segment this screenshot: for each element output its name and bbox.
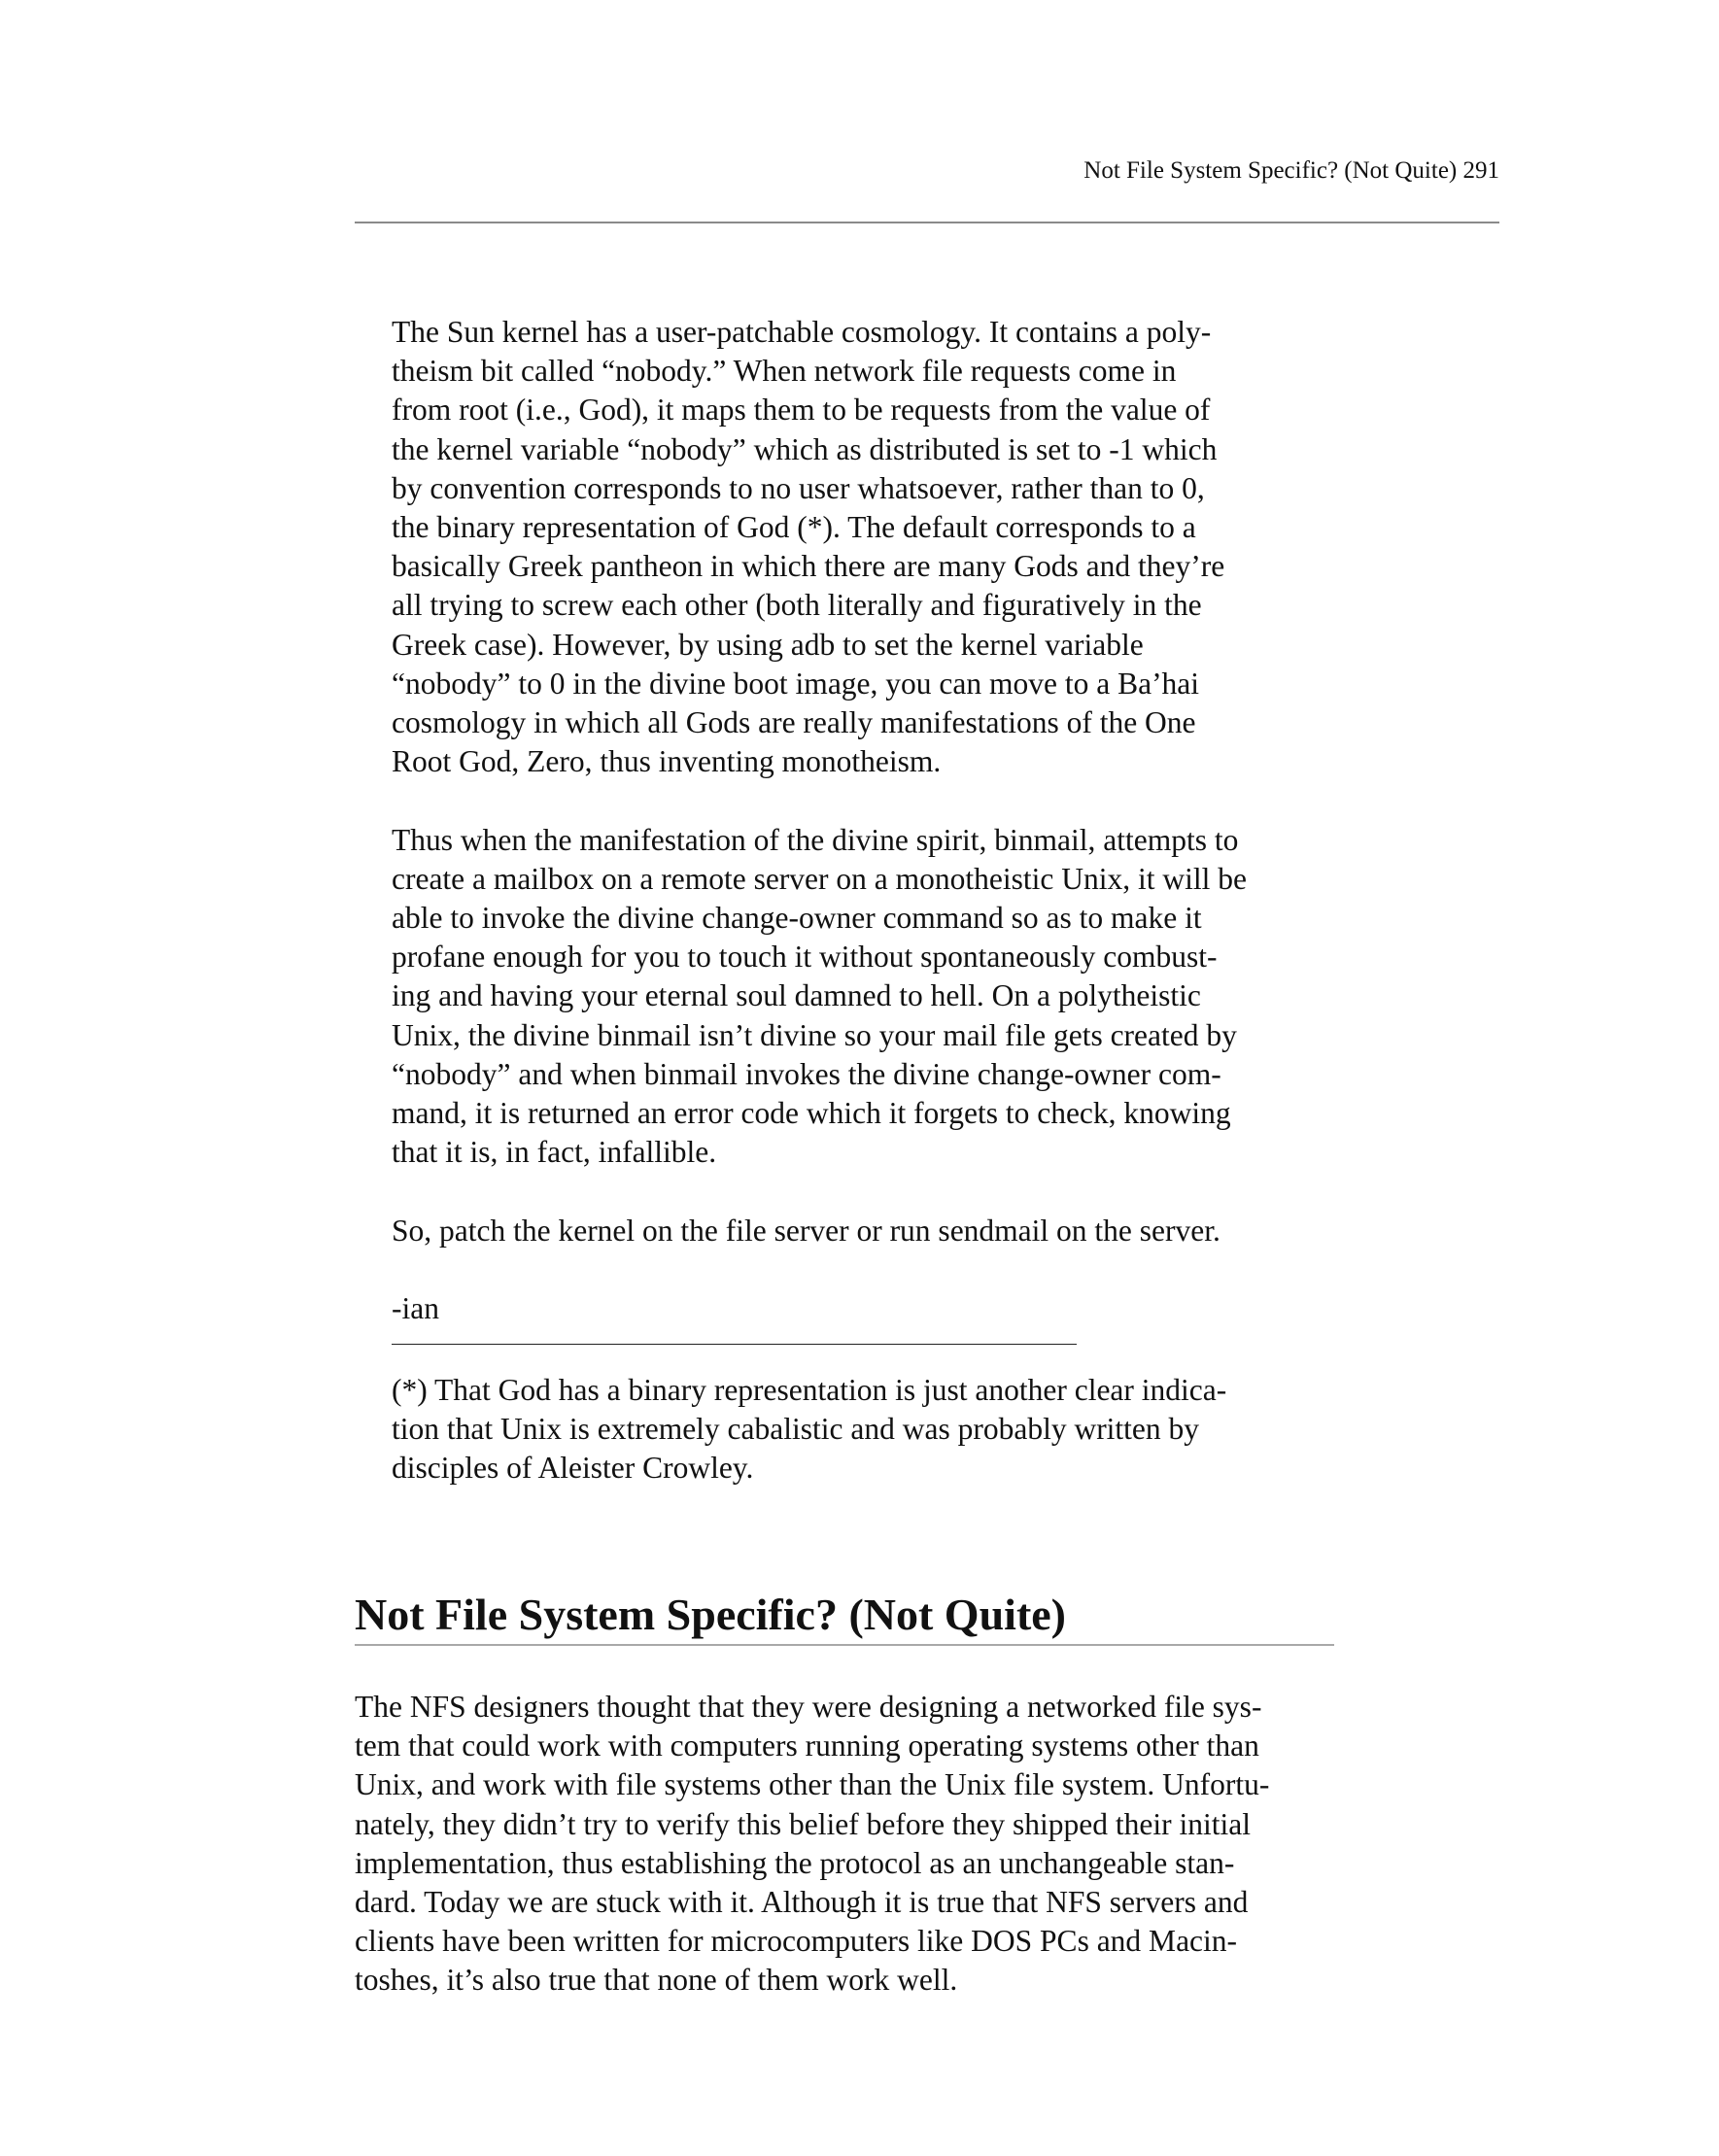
footnote: (*) That God has a binary representation… [392,1371,1315,1489]
quote-paragraph-2: Thus when the manifestation of the divin… [392,821,1315,1173]
quoted-message: The Sun kernel has a user-patchable cosm… [392,313,1315,1367]
quote-paragraph-3: So, patch the kernel on the file server … [392,1212,1315,1250]
section-rule [355,1644,1334,1646]
body-paragraph: The NFS designers thought that they were… [355,1688,1334,2001]
section-heading: Not File System Specific? (Not Quite) [355,1588,1066,1642]
header-rule [355,222,1499,223]
running-header: Not File System Specific? (Not Quite) 29… [355,155,1499,187]
quote-signature: -ian [392,1289,1315,1328]
footnote-rule [392,1344,1077,1345]
quote-paragraph-1: The Sun kernel has a user-patchable cosm… [392,313,1315,781]
